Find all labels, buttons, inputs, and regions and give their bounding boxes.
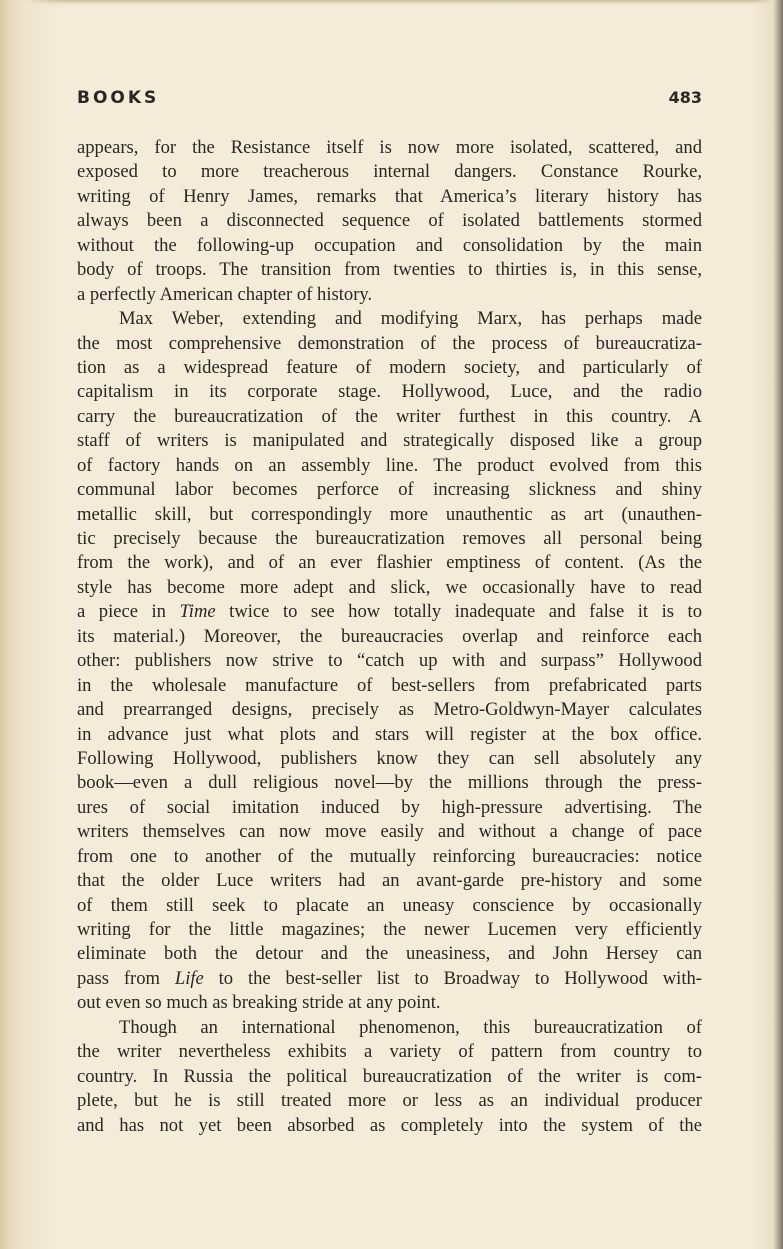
text-line: the most comprehensive demonstration of …	[77, 332, 702, 356]
body-text: appears, for the Resistance itself is no…	[77, 136, 702, 1138]
text-line: out even so much as breaking stride at a…	[77, 991, 702, 1015]
text-line: ures of social imitation induced by high…	[77, 796, 702, 820]
text-line: book—even a dull religious novel—by the …	[77, 771, 702, 795]
text-line: eliminate both the detour and the uneasi…	[77, 942, 702, 966]
text-line: its material.) Moreover, the bureaucraci…	[77, 625, 702, 649]
text-line: from one to another of the mutually rein…	[77, 845, 702, 869]
text-line: the writer nevertheless exhibits a varie…	[77, 1040, 702, 1064]
text-line: in the wholesale manufacture of best-sel…	[77, 674, 702, 698]
text-line: Max Weber, extending and modifying Marx,…	[77, 307, 702, 331]
text-line: of factory hands on an assembly line. Th…	[77, 454, 702, 478]
text-line: plete, but he is still treated more or l…	[77, 1089, 702, 1113]
text-line: of them still seek to placate an uneasy …	[77, 894, 702, 918]
text-line: always been a disconnected sequence of i…	[77, 209, 702, 233]
text-line: and prearranged designs, precisely as Me…	[77, 698, 702, 722]
text-line: a perfectly American chapter of history.	[77, 283, 702, 307]
section-title: BOOKS	[77, 88, 159, 108]
text-line: writing of Henry James, remarks that Ame…	[77, 185, 702, 209]
paragraph: appears, for the Resistance itself is no…	[77, 136, 702, 307]
text-line: style has become more adept and slick, w…	[77, 576, 702, 600]
text-line: in advance just what plots and stars wil…	[77, 723, 702, 747]
text-line: writing for the little magazines; the ne…	[77, 918, 702, 942]
book-page: BOOKS 483 appears, for the Resistance it…	[0, 0, 783, 1249]
text-line: and has not yet been absorbed as complet…	[77, 1114, 702, 1138]
text-line: country. In Russia the political bureauc…	[77, 1065, 702, 1089]
running-head: BOOKS 483	[77, 88, 702, 112]
paragraph: Max Weber, extending and modifying Marx,…	[77, 307, 702, 1016]
text-line: a piece in Time twice to see how totally…	[77, 600, 702, 624]
text-line: writers themselves can now move easily a…	[77, 820, 702, 844]
text-line: body of troops. The transition from twen…	[77, 258, 702, 282]
text-line: communal labor becomes perforce of incre…	[77, 478, 702, 502]
text-line: exposed to more treacherous internal dan…	[77, 160, 702, 184]
text-line: Following Hollywood, publishers know the…	[77, 747, 702, 771]
text-line: without the following-up occupation and …	[77, 234, 702, 258]
text-line: from the work), and of an ever flashier …	[77, 551, 702, 575]
text-line: pass from Life to the best-seller list t…	[77, 967, 702, 991]
text-line: capitalism in its corporate stage. Holly…	[77, 380, 702, 404]
text-line: appears, for the Resistance itself is no…	[77, 136, 702, 160]
text-line: tion as a widespread feature of modern s…	[77, 356, 702, 380]
text-line: carry the bureaucratization of the write…	[77, 405, 702, 429]
text-line: Though an international phenomenon, this…	[77, 1016, 702, 1040]
text-line: that the older Luce writers had an avant…	[77, 869, 702, 893]
italic-title: Time	[179, 601, 215, 622]
text-line: tic precisely because the bureaucratizat…	[77, 527, 702, 551]
text-line: other: publishers now strive to “catch u…	[77, 649, 702, 673]
text-line: metallic skill, but correspondingly more…	[77, 503, 702, 527]
text-line: staff of writers is manipulated and stra…	[77, 429, 702, 453]
paragraph: Though an international phenomenon, this…	[77, 1016, 702, 1138]
page-number: 483	[669, 88, 702, 107]
italic-title: Life	[175, 968, 204, 989]
